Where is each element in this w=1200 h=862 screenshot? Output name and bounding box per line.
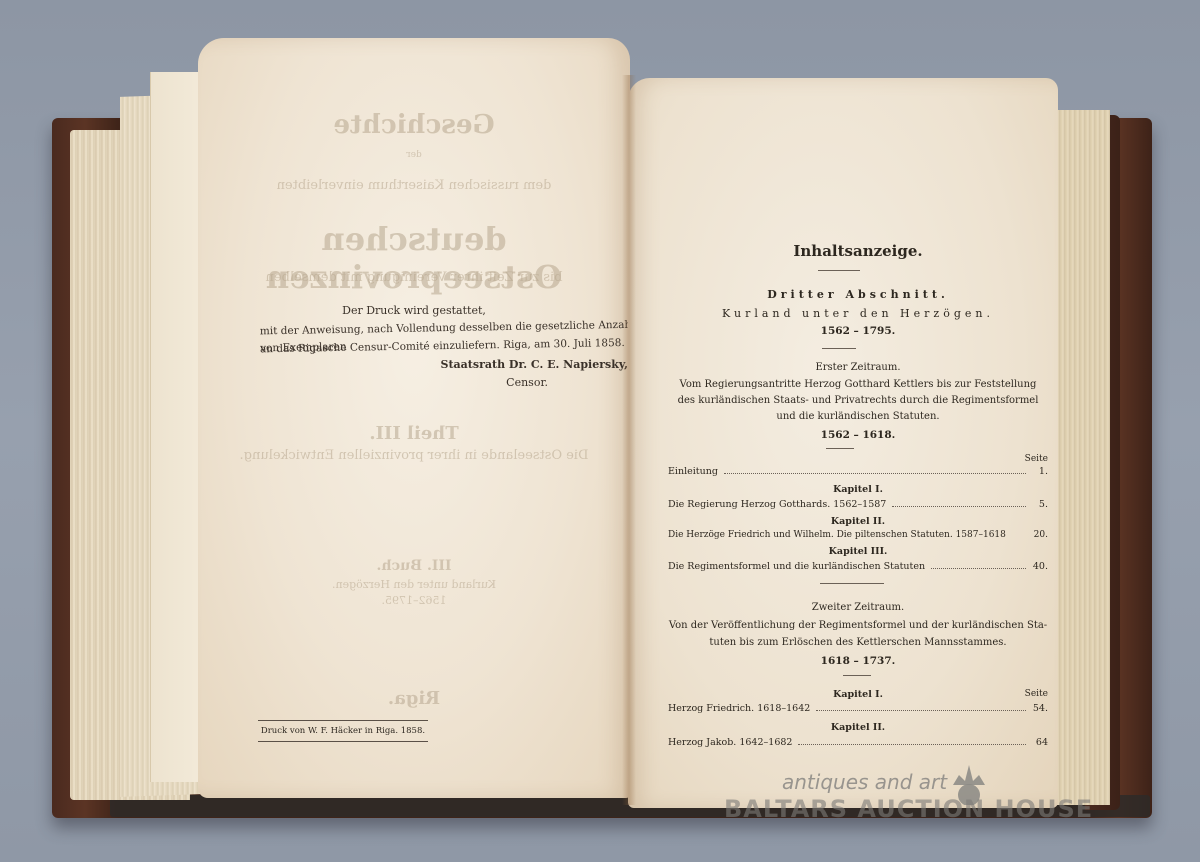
ghost-title-line: III. Buch. bbox=[198, 558, 630, 574]
section-title: Dritter Abschnitt. bbox=[668, 288, 1048, 301]
watermark-tagline: antiques and art bbox=[782, 770, 947, 794]
toc-entry-title: Einleitung bbox=[668, 466, 718, 477]
ghost-title-line: Theil III. bbox=[198, 423, 630, 444]
leader-dots bbox=[816, 710, 1026, 711]
ghost-title-line: Riga. bbox=[198, 688, 630, 709]
toc-heading: Inhaltsanzeige. bbox=[668, 242, 1048, 260]
section-years: 1562 – 1795. bbox=[668, 325, 1048, 337]
censor-title: Censor. bbox=[378, 374, 548, 391]
toc-entry: Herzog Jakob. 1642–1682 64 bbox=[668, 737, 1048, 748]
period1-label: Erster Zeitraum. bbox=[668, 362, 1048, 373]
divider bbox=[843, 675, 871, 676]
toc-entry-page: 40. bbox=[1032, 561, 1048, 572]
divider bbox=[822, 348, 856, 349]
toc-entry: Die Regimentsformel und die kurländische… bbox=[668, 561, 1048, 572]
watermark-brand: BALTARS AUCTION HOUSE bbox=[724, 795, 1093, 823]
toc-entry-title: Die Regimentsformel und die kurländische… bbox=[668, 561, 925, 572]
period1-desc-3: und die kurländischen Statuten. bbox=[668, 411, 1048, 422]
toc-entry-title: Herzog Jakob. 1642–1682 bbox=[668, 737, 792, 748]
toc-entry: Die Herzöge Friedrich und Wilhelm. Die p… bbox=[668, 530, 1048, 540]
book-gutter bbox=[622, 75, 636, 805]
period1-desc-1: Vom Regierungsantritte Herzog Gotthard K… bbox=[668, 379, 1048, 390]
period2-desc-1: Von der Veröffentlichung der Regimentsfo… bbox=[668, 620, 1048, 631]
period2-label: Zweiter Zeitraum. bbox=[668, 602, 1048, 613]
chapter-label: Kapitel II. bbox=[668, 722, 1048, 733]
toc-entry: Die Regierung Herzog Gotthards. 1562–158… bbox=[668, 499, 1048, 510]
toc-entry-page: 1. bbox=[1032, 466, 1048, 477]
printer-imprint: Druck von W. F. Häcker in Riga. 1858. bbox=[258, 720, 428, 742]
chapter-label: Kapitel I. bbox=[668, 484, 1048, 495]
leader-dots bbox=[724, 473, 1026, 474]
toc-entry: Einleitung 1. bbox=[668, 466, 1048, 477]
toc-entry-page: 5. bbox=[1032, 499, 1048, 510]
divider bbox=[820, 583, 884, 584]
divider bbox=[818, 270, 860, 271]
ghost-title-line: dem russischen Kaiserthum einverleibten bbox=[198, 178, 630, 193]
seite-label: Seite bbox=[668, 689, 1048, 699]
toc-entry-title: Die Regierung Herzog Gotthards. 1562–158… bbox=[668, 499, 886, 510]
leader-dots bbox=[931, 568, 1026, 569]
leader-dots bbox=[798, 744, 1026, 745]
ghost-title-line: 1562–1795. bbox=[198, 594, 630, 607]
ghost-title-line: der bbox=[198, 150, 630, 160]
period1-desc-2: des kurländischen Staats- und Privatrech… bbox=[668, 395, 1048, 406]
ghost-title-line: Kurland unter den Herzögen. bbox=[198, 578, 630, 591]
divider bbox=[826, 448, 854, 449]
ghost-title-line: bis zur Zeit ihrer Vereinigung mit demse… bbox=[198, 270, 630, 285]
period2-desc-2: tuten bis zum Erlöschen des Kettlerschen… bbox=[668, 637, 1048, 648]
toc-entry-page: 64 bbox=[1032, 737, 1048, 748]
toc-entry: Herzog Friedrich. 1618–1642 54. bbox=[668, 703, 1048, 714]
toc-entry-title: Herzog Friedrich. 1618–1642 bbox=[668, 703, 810, 714]
chapter-label: Kapitel II. bbox=[668, 516, 1048, 527]
left-page: Geschichte der dem russischen Kaiserthum… bbox=[198, 38, 630, 798]
toc-entry-page: 54. bbox=[1032, 703, 1048, 714]
seite-label: Seite bbox=[668, 454, 1048, 464]
period1-years: 1562 – 1618. bbox=[668, 429, 1048, 441]
toc-entry-title: Die Herzöge Friedrich und Wilhelm. Die p… bbox=[668, 530, 1006, 540]
ghost-title-line: Geschichte bbox=[198, 110, 630, 140]
censor-signature: Staatsrath Dr. C. E. Napiersky, bbox=[378, 356, 628, 373]
censor-line-1: Der Druck wird gestattet, bbox=[198, 302, 630, 319]
chapter-label: Kapitel III. bbox=[668, 546, 1048, 557]
section-subtitle: Kurland unter den Herzögen. bbox=[668, 307, 1048, 320]
leader-dots bbox=[892, 506, 1026, 507]
right-page-stack bbox=[1050, 110, 1110, 805]
ghost-title-line: Die Ostseelande in ihrer provinziellen E… bbox=[198, 448, 630, 463]
toc-entry-page: 20. bbox=[1032, 530, 1048, 540]
period2-years: 1618 – 1737. bbox=[668, 655, 1048, 667]
